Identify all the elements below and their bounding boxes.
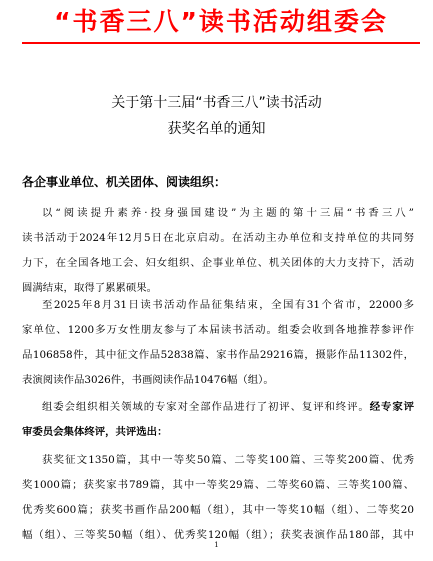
page-number: 1 <box>0 540 433 550</box>
paragraph-line: 奖1000篇；获奖家书789篇，其中一等奖29篇、二等奖60篇、三等奖100篇、 <box>22 478 414 492</box>
paragraph-line: 优秀奖600篇；获奖书画作品200幅（组），其中一等奖10幅（组）、二等奖20 <box>22 503 414 517</box>
document-title-line-1: 关于第十三届“书香三八”读书活动 <box>0 94 433 112</box>
review-emphasis-line: 审委员会集体终评，共评选出： <box>22 425 414 439</box>
document-title-line-2: 获奖名单的通知 <box>0 120 433 138</box>
red-divider-rule <box>22 42 420 44</box>
paragraph-line: 表演阅读作品3026件，书画阅读作品10476幅（组）。 <box>22 373 414 387</box>
organization-title: “书香三八”读书活动组委会 <box>22 6 420 38</box>
review-emphasis: 经专家评 <box>370 401 414 413</box>
paragraph-line: 品106858件，其中征文作品52838篇、家书作品29216篇，摄影作品113… <box>22 348 414 362</box>
paragraph-line: 读书活动于2024年12月5日在北京启动。在活动主办单位和支持单位的共同努 <box>22 231 414 245</box>
paragraph-line: 家单位、1200多万女性朋友参与了本届读书活动。组委会收到各地推荐参评作 <box>22 323 414 337</box>
review-text: 组委会组织相关领域的专家对全部作品进行了初评、复评和终评。 <box>42 401 370 413</box>
paragraph-line: 获奖征文1350篇，其中一等奖50篇、二等奖100篇、三等奖200篇、优秀 <box>42 453 414 467</box>
paragraph-line: 组委会组织相关领域的专家对全部作品进行了初评、复评和终评。经专家评 <box>42 400 414 414</box>
paragraph-line: 圆满结束，取得了累累硕果。 <box>22 281 414 295</box>
paragraph-line: 力下，在全国各地工会、妇女组织、企事业单位、机关团体的大力支持下，活动 <box>22 256 414 270</box>
paragraph-line: 以“阅读提升素养·投身强国建设”为主题的第十三届“书香三八” <box>42 206 414 220</box>
paragraph-line: 至2025年8月31日读书活动作品征集结束，全国有31个省市，22000多 <box>42 298 414 312</box>
salutation: 各企事业单位、机关团体、阅读组织： <box>22 174 226 190</box>
